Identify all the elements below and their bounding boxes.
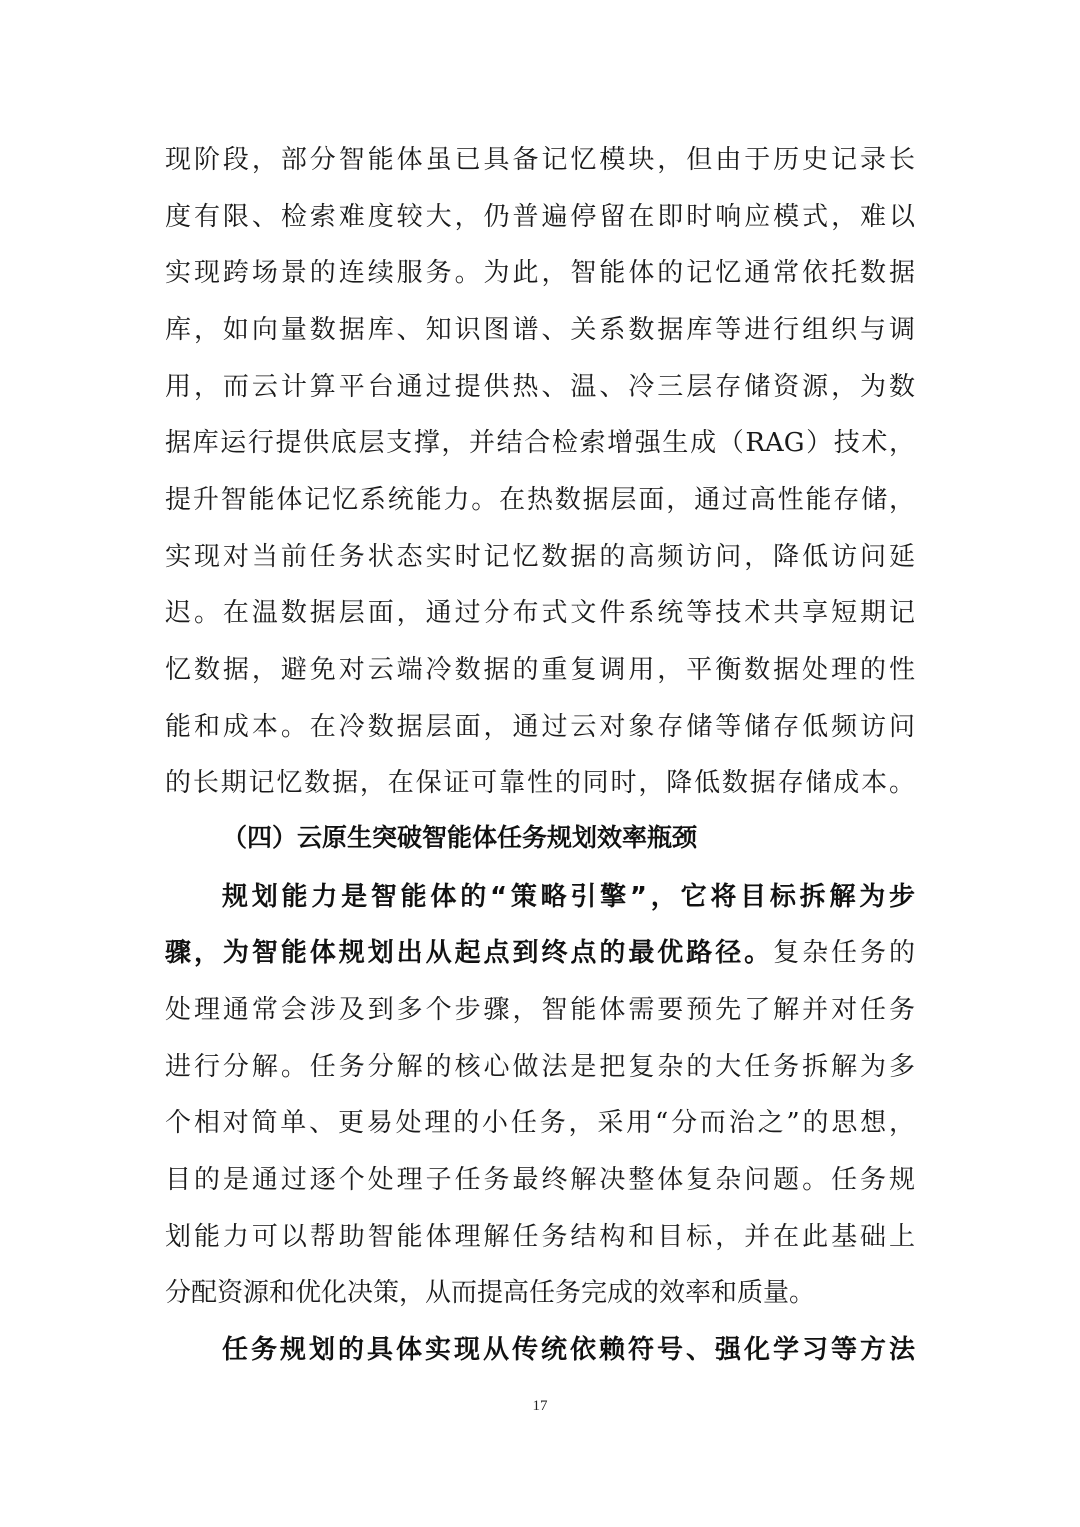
paragraph-line: 库，如向量数据库、知识图谱、关系数据库等进行组织与调 [165,310,915,350]
paragraph-line: 据库运行提供底层支撑，并结合检索增强生成（RAG）技术， [165,423,915,463]
document-page: 现阶段，部分智能体虽已具备记忆模块，但由于历史记录长 度有限、检索难度较大，仍普… [0,0,1080,1527]
paragraph-line: 进行分解。任务分解的核心做法是把复杂的大任务拆解为多 [165,1047,915,1087]
paragraph-line: 分配资源和优化决策，从而提高任务完成的效率和质量。 [165,1273,915,1313]
paragraph-line: 划能力可以帮助智能体理解任务结构和目标，并在此基础上 [165,1217,915,1257]
page-number: 17 [0,1398,1080,1415]
section-heading: （四）云原生突破智能体任务规划效率瓶颈 [222,818,697,858]
paragraph-line-mixed: 骤，为智能体规划出从起点到终点的最优路径。复杂任务的 [165,933,915,973]
paragraph-line: 实现跨场景的连续服务。为此，智能体的记忆通常依托数据 [165,253,915,293]
paragraph-line: 的长期记忆数据，在保证可靠性的同时，降低数据存储成本。 [165,763,915,803]
paragraph-line: 迟。在温数据层面，通过分布式文件系统等技术共享短期记 [165,593,915,633]
paragraph-line: 提升智能体记忆系统能力。在热数据层面，通过高性能存储， [165,480,915,520]
bold-lead-text: 骤，为智能体规划出从起点到终点的最优路径。 [165,938,773,968]
paragraph-line: 个相对简单、更易处理的小任务，采用“分而治之”的思想， [165,1103,915,1143]
paragraph-line: 处理通常会涉及到多个步骤，智能体需要预先了解并对任务 [165,990,915,1030]
paragraph-line: 现阶段，部分智能体虽已具备记忆模块，但由于历史记录长 [165,140,915,180]
paragraph-line: 度有限、检索难度较大，仍普遍停留在即时响应模式，难以 [165,197,915,237]
paragraph-line: 目的是通过逐个处理子任务最终解决整体复杂问题。任务规 [165,1160,915,1200]
paragraph-line: 能和成本。在冷数据层面，通过云对象存储等储存低频访问 [165,707,915,747]
paragraph-line: 用，而云计算平台通过提供热、温、冷三层存储资源，为数 [165,367,915,407]
paragraph-line: 实现对当前任务状态实时记忆数据的高频访问，降低访问延 [165,537,915,577]
paragraph-line-bold: 任务规划的具体实现从传统依赖符号、强化学习等方法 [222,1330,915,1370]
normal-text: 复杂任务的 [773,938,915,968]
paragraph-line: 忆数据，避免对云端冷数据的重复调用，平衡数据处理的性 [165,650,915,690]
paragraph-line-bold: 规划能力是智能体的“策略引擎”，它将目标拆解为步 [222,877,915,917]
